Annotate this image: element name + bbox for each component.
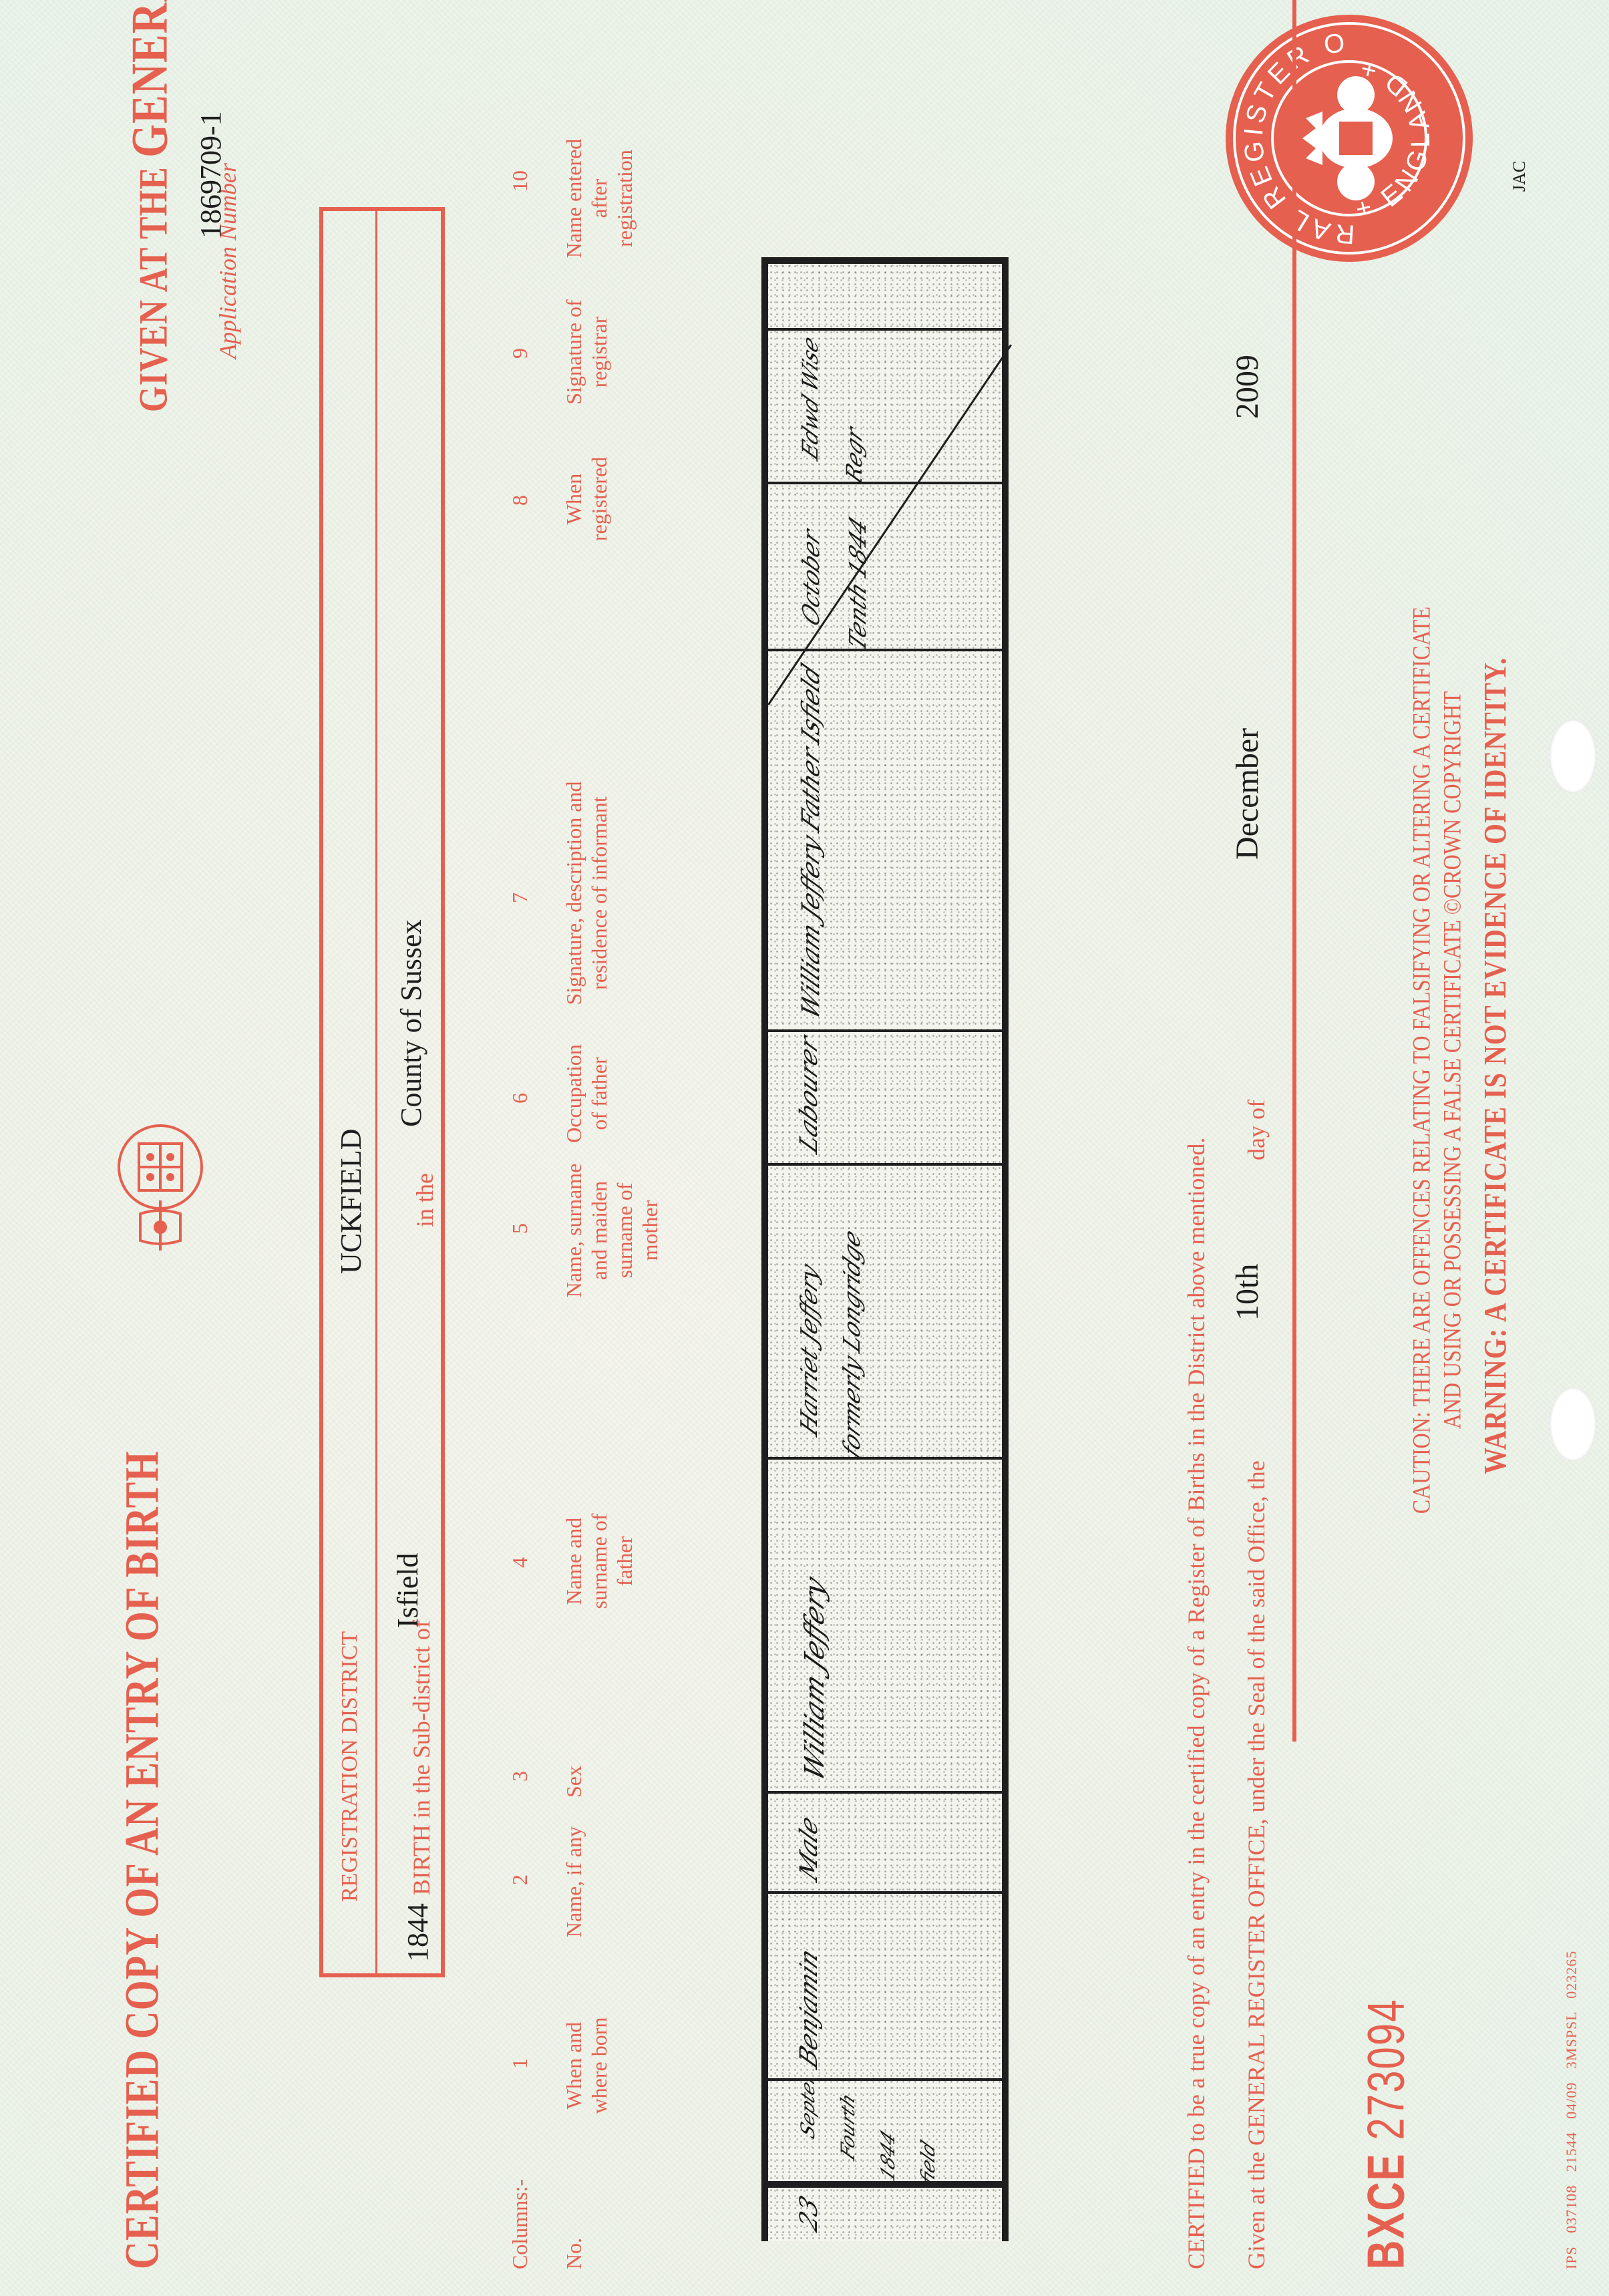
column-header-informant: Signature, description and residence of … bbox=[561, 773, 612, 1013]
cell-mother: Harriet Jeffery formerly Longridge bbox=[768, 1166, 1002, 1460]
column-header-when-where-born: When and where born bbox=[561, 2015, 612, 2116]
cell-when-registered: October Tenth 1844 bbox=[768, 484, 1002, 651]
given-at-prefix: GIVEN AT THE bbox=[131, 166, 176, 412]
column-number-7: 7 bbox=[508, 892, 532, 903]
column-header-sex: Sex bbox=[561, 1755, 586, 1808]
header-divider bbox=[375, 211, 377, 1973]
county-value: County of Sussex bbox=[394, 920, 428, 1127]
cell-sex: Male bbox=[768, 1794, 1002, 1894]
column-number-8: 8 bbox=[508, 495, 532, 506]
column-number-10: 10 bbox=[508, 170, 532, 192]
registration-district-label: REGISTRATION DISTRICT bbox=[337, 1631, 363, 1902]
entry-name: Benjamin bbox=[788, 1894, 831, 2078]
cell-no: 23 bbox=[768, 2188, 1002, 2241]
column-number-1: 1 bbox=[508, 2058, 532, 2069]
general-register-office-seal-icon: GENERAL REGISTER OFFICE + ENGLAND + bbox=[1222, 11, 1476, 265]
signature-rule bbox=[1292, 0, 1296, 1742]
column-header-no: No. bbox=[561, 2209, 586, 2269]
caution-line-1: CAUTION: THERE ARE OFFENCES RELATING TO … bbox=[1406, 446, 1437, 1675]
entry-no: 23 bbox=[788, 2188, 831, 2241]
subdistrict-value: Isfield bbox=[391, 1553, 425, 1628]
column-number-5: 5 bbox=[508, 1223, 532, 1234]
entry-informant: William Jeffery Father Isfield bbox=[788, 651, 835, 1030]
column-number-3: 3 bbox=[508, 1771, 532, 1782]
entry-father: William Jeffery bbox=[788, 1460, 842, 1793]
certification-day: 10th bbox=[1229, 1264, 1266, 1321]
column-number-9: 9 bbox=[508, 348, 532, 359]
cell-name: Benjamin bbox=[768, 1894, 1002, 2081]
punch-hole bbox=[1550, 719, 1596, 793]
certification-year: 2009 bbox=[1229, 355, 1266, 419]
column-header-registrar: Signature of registrar bbox=[561, 299, 612, 405]
birth-subdistrict-label: BIRTH in the Sub-district of bbox=[407, 1620, 435, 1895]
entry-sex: Male bbox=[788, 1794, 831, 1891]
column-number-2: 2 bbox=[508, 1874, 532, 1885]
given-at-office: GENERAL REGISTER OFFICE bbox=[121, 0, 178, 158]
in-the-label: in the bbox=[411, 1173, 439, 1227]
registration-year: 1844 bbox=[401, 1903, 435, 1962]
certificate-title: CERTIFIED COPY OF AN ENTRY OF BIRTH bbox=[114, 1450, 170, 2269]
royal-crest-icon bbox=[114, 1114, 207, 1254]
entry-when-where-born: September Fourth 1844 Isfield bbox=[788, 2081, 948, 2188]
column-header-father: Name and surname of father bbox=[561, 1488, 637, 1635]
entry-registrar: Edwd Wise Regr bbox=[788, 331, 876, 484]
registration-district-value: UCKFIELD bbox=[334, 1128, 368, 1274]
entry-occupation: Labourer bbox=[788, 1032, 831, 1162]
column-number-4: 4 bbox=[508, 1557, 532, 1568]
cell-informant: William Jeffery Father Isfield bbox=[768, 651, 1002, 1032]
certification-month: December bbox=[1229, 728, 1266, 860]
application-number: 1869709-1 bbox=[194, 111, 228, 238]
cell-name-after-registration bbox=[768, 257, 1002, 331]
column-header-name: Name, if any bbox=[561, 1822, 586, 1942]
certificate-page: CERTIFIED COPY OF AN ENTRY OF BIRTH GIVE… bbox=[0, 0, 1609, 2296]
cell-father: William Jeffery bbox=[768, 1460, 1002, 1794]
initials: JAC bbox=[1509, 161, 1530, 192]
column-header-name-after: Name entered after registration bbox=[561, 132, 637, 265]
certificate-serial-number: BXCE 273094 bbox=[1356, 1998, 1416, 2269]
serial-prefix: BXCE bbox=[1357, 2152, 1415, 2269]
columns-label: Columns:- bbox=[508, 2179, 532, 2269]
entry-mother: Harriet Jeffery formerly Longridge bbox=[788, 1166, 874, 1460]
identity-warning: WARNING: A CERTIFICATE IS NOT EVIDENCE O… bbox=[1476, 657, 1513, 1474]
cell-occupation: Labourer bbox=[768, 1032, 1002, 1166]
given-at-office-heading: GIVEN AT THE GENERAL REGISTER OFFICE bbox=[120, 0, 180, 412]
punch-hole bbox=[1550, 1387, 1596, 1461]
cell-when-where-born: September Fourth 1844 Isfield bbox=[768, 2081, 1002, 2188]
certification-statement: CERTIFIED to be a true copy of an entry … bbox=[1182, 1138, 1210, 2269]
certification-given-line: Given at the GENERAL REGISTER OFFICE, un… bbox=[1242, 1460, 1270, 2269]
caution-line-2: AND USING OR POSSESSING A FALSE CERTIFIC… bbox=[1437, 446, 1467, 1675]
caution-notice: CAUTION: THERE ARE OFFENCES RELATING TO … bbox=[1406, 446, 1467, 1675]
column-header-occupation: Occupation of father bbox=[561, 1040, 612, 1147]
serial-number: 273094 bbox=[1357, 1998, 1415, 2140]
print-reference-code: IPS 037108 21544 04/09 3MSPSL 023265 bbox=[1563, 1951, 1580, 2269]
day-of-label: day of bbox=[1242, 1100, 1270, 1160]
column-header-mother: Name, surname and maiden surname of moth… bbox=[561, 1154, 663, 1307]
entry-when-registered: October Tenth 1844 bbox=[788, 484, 882, 651]
register-entry-row: 23 September Fourth 1844 Isfield Benjami… bbox=[761, 257, 1009, 2241]
column-number-6: 6 bbox=[508, 1093, 532, 1104]
column-header-when-registered: When registered bbox=[561, 452, 612, 546]
